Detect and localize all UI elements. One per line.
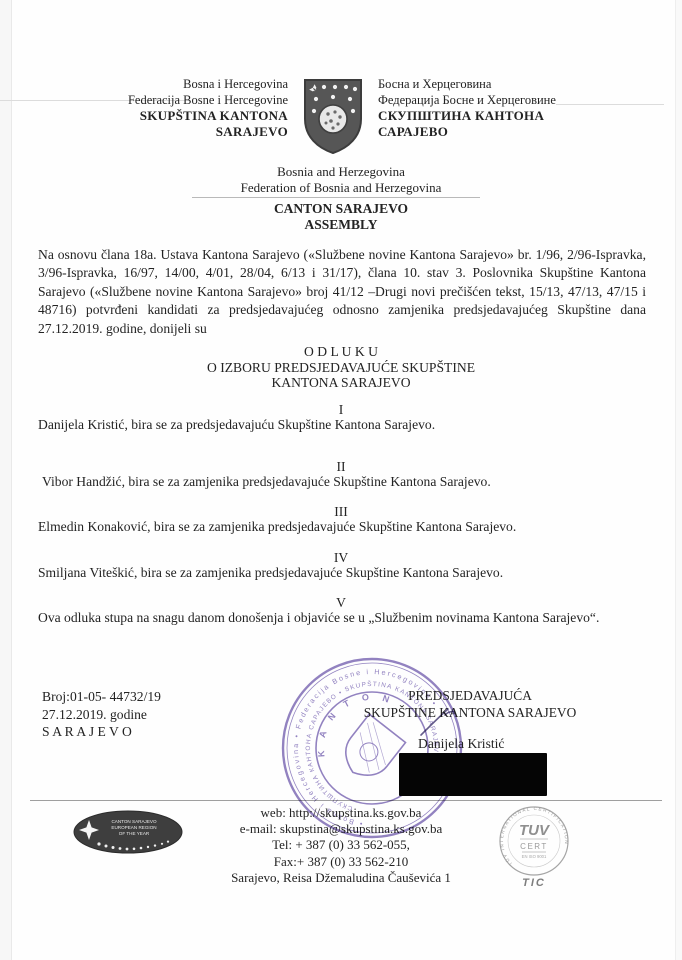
award-logo-line2: EUROPEAN REGION	[111, 825, 156, 830]
tuv-brand-text: TUV	[519, 822, 551, 839]
article-3-text: Elmedin Konaković, bira se za zamjenika …	[38, 518, 646, 536]
document-date: 27.12.2019. godine	[42, 706, 161, 724]
article-1-text: Danijela Kristić, bira se za predsjedava…	[38, 416, 646, 434]
stamp-center-shield	[335, 714, 406, 786]
document-number: Broj:01-05- 44732/19	[42, 688, 161, 706]
letterhead-latin-line3: SKUPŠTINA KANTONA	[60, 108, 288, 124]
letterhead-cyrillic: Босна и Херцеговина Федерација Босне и Х…	[378, 76, 638, 140]
decision-title-line3: KANTONA SARAJEVO	[0, 375, 682, 391]
tuv-iso-text: EN ISO 9001	[522, 854, 547, 859]
decision-title: O D L U K U O IZBORU PREDSJEDAVAJUĆE SKU…	[0, 344, 682, 391]
scanned-document-page: Bosna i Hercegovina Federacija Bosne i H…	[0, 0, 682, 960]
award-logo-line3: OF THE YEAR	[119, 831, 150, 836]
tuv-cert-logo: TÜV INTERNATIONAL CERTIFICATION TUV CERT…	[492, 802, 576, 890]
letterhead-latin-line1: Bosna i Hercegovina	[60, 76, 288, 92]
official-round-stamp: • Bosna i Hercegovina • Federacija Bosne…	[277, 653, 467, 843]
letterhead-cyrillic-line2: Федерација Босне и Херцеговине	[378, 92, 638, 108]
footer-address: Sarajevo, Reisa Džemaludina Čauševića 1	[0, 870, 682, 886]
award-logo-line1: CANTON SARAJEVO	[111, 819, 157, 824]
redaction-box	[399, 753, 547, 796]
letterhead-cyrillic-line3: СКУПШТИНА КАНТОНА	[378, 108, 638, 124]
decision-title-line1: O D L U K U	[0, 344, 682, 360]
letterhead-cyrillic-line4: САРАЈЕВО	[378, 124, 638, 140]
article-4-text: Smiljana Viteškić, bira se za zamjenika …	[38, 564, 646, 582]
footer-fax: Fax:+ 387 (0) 33 562-210	[0, 854, 682, 870]
letterhead-cyrillic-line1: Босна и Херцеговина	[378, 76, 638, 92]
english-line4: ASSEMBLY	[0, 217, 682, 233]
award-oval-logo: CANTON SARAJEVO EUROPEAN REGION OF THE Y…	[72, 809, 184, 855]
english-line1: Bosnia and Herzegovina	[0, 164, 682, 180]
tuv-cert-text: CERT	[520, 842, 548, 851]
document-number-block: Broj:01-05- 44732/19 27.12.2019. godine …	[42, 688, 161, 741]
article-2-text: Vibor Handžić, bira se za zamjenika pred…	[42, 473, 650, 491]
english-line2: Federation of Bosnia and Herzegovina	[0, 180, 682, 196]
letterhead-latin: Bosna i Hercegovina Federacija Bosne i H…	[60, 76, 288, 140]
letterhead-latin-line4: SARAJEVO	[60, 124, 288, 140]
english-letterhead: Bosnia and Herzegovina Federation of Bos…	[0, 164, 682, 196]
english-line3: CANTON SARAJEVO	[0, 201, 682, 217]
english-institution: CANTON SARAJEVO ASSEMBLY	[0, 201, 682, 233]
decision-title-line2: O IZBORU PREDSJEDAVAJUĆE SKUPŠTINE	[0, 360, 682, 376]
preamble-paragraph: Na osnovu člana 18a. Ustava Kantona Sara…	[38, 246, 646, 338]
article-5-text: Ova odluka stupa na snagu danom donošenj…	[38, 609, 646, 627]
header-divider-line	[192, 197, 480, 198]
letterhead-latin-line2: Federacija Bosne i Hercegovine	[60, 92, 288, 108]
tuv-tic-text: TIC	[522, 877, 546, 889]
coat-of-arms-icon	[302, 77, 364, 155]
document-city: S A R A J E V O	[42, 723, 161, 741]
